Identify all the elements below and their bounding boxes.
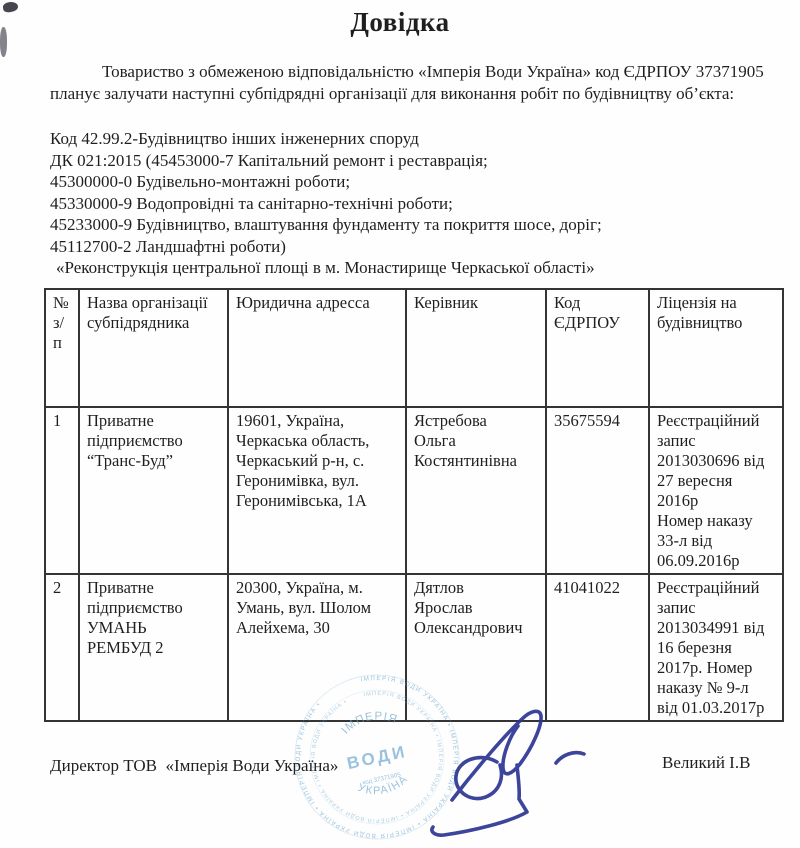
cell-license: Реєстраційний запис 2013030696 від 27 ве… <box>649 407 783 574</box>
table-header-row: № з/п Назва організації субпідрядника Юр… <box>45 289 783 407</box>
intro-line: Товариство з обмеженою відповідальністю … <box>50 61 768 83</box>
document-title: Довідка <box>0 7 800 38</box>
signature-dash-stroke <box>556 753 584 763</box>
intro-paragraph: Товариство з обмеженою відповідальністю … <box>50 61 768 105</box>
cell-org-name: Приватне підприємство “Транс-Буд” <box>79 407 228 574</box>
cell-edrpou: 35675594 <box>546 407 649 574</box>
cell-license: Реєстраційний запис 2013034991 від 16 бе… <box>649 574 783 721</box>
cell-head: Ястребова Ольга Костянтинівна <box>406 407 546 574</box>
table-header-license: Ліцензія на будівництво <box>649 289 783 407</box>
document-page: Довідка Товариство з обмеженою відповіда… <box>0 0 800 848</box>
table-header-address: Юридична адресса <box>228 289 406 407</box>
cell-org-name: Приватне підприємство УМАНЬ РЕМБУД 2 <box>79 574 228 721</box>
code-line: 45233000-9 Будівництво, влаштування фунд… <box>50 214 768 236</box>
code-line: 45300000-0 Будівельно-монтажні роботи; <box>50 171 768 193</box>
director-signature <box>400 660 600 848</box>
subcontractors-table: № з/п Назва організації субпідрядника Юр… <box>44 288 784 722</box>
table-header-edrpou: Код ЄДРПОУ <box>546 289 649 407</box>
cell-row-number: 2 <box>45 574 79 721</box>
footer-signatory-name: Великий І.В <box>662 753 750 773</box>
table-header-number: № з/п <box>45 289 79 407</box>
code-line: 45330000-9 Водопровідні та санітарно-тех… <box>50 193 768 215</box>
codes-list: Код 42.99.2-Будівництво інших інженерних… <box>50 128 768 279</box>
project-name-line: «Реконструкція центральної площі в м. Мо… <box>50 257 768 279</box>
stamp-arc-top-text: ІМПЕРІЯ <box>337 705 401 738</box>
table-header-head: Керівник <box>406 289 546 407</box>
table-header-org-name: Назва організації субпідрядника <box>79 289 228 407</box>
code-line: 45112700-2 Ландшафтні роботи) <box>50 236 768 258</box>
signature-stroke <box>456 758 502 799</box>
intro-line: планує залучати наступні субпідрядні орг… <box>50 83 768 105</box>
footer-director-label: Директор ТОВ «Імперія Води Україна» <box>50 756 338 776</box>
code-line: Код 42.99.2-Будівництво інших інженерних… <box>50 128 768 150</box>
cell-row-number: 1 <box>45 407 79 574</box>
table-row: 1 Приватне підприємство “Транс-Буд” 1960… <box>45 407 783 574</box>
cell-address: 19601, Україна, Черкаська область, Черка… <box>228 407 406 574</box>
code-line: ДК 021:2015 (45453000-7 Капітальний ремо… <box>50 150 768 172</box>
